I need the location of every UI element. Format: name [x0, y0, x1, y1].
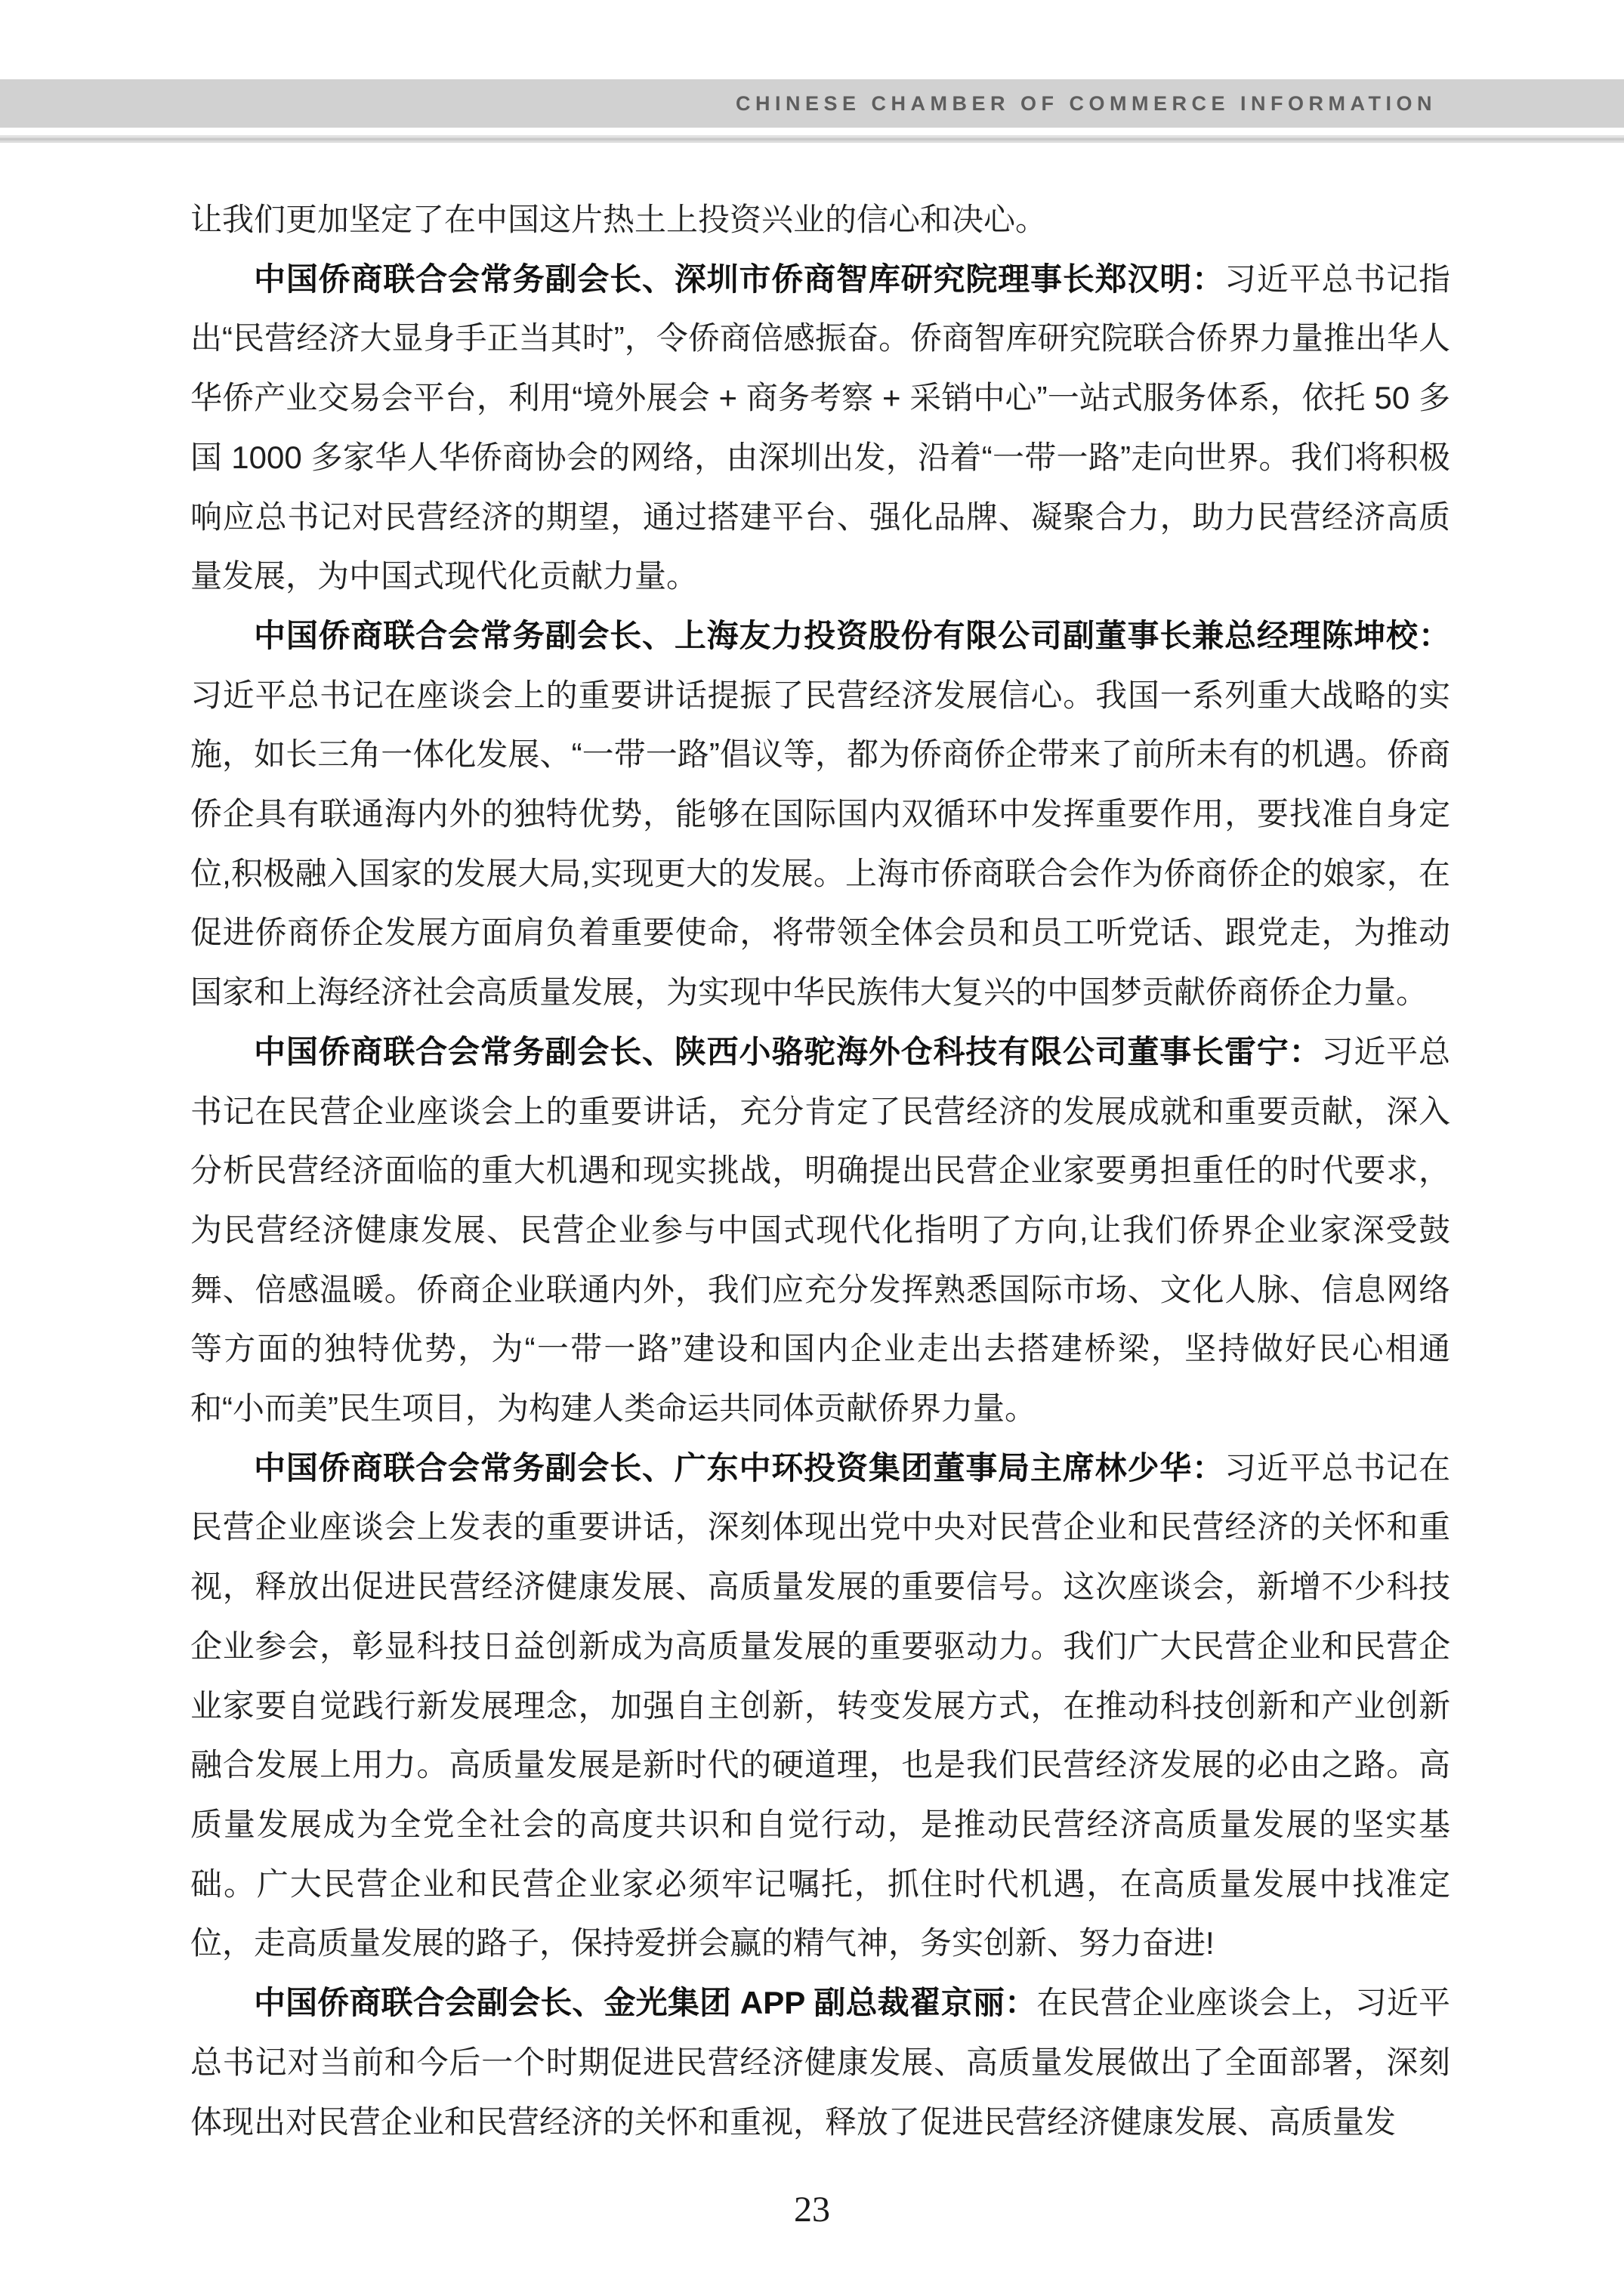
- paragraph-text: 习近平总书记指出“民营经济大显身手正当其时”，令侨商倍感振奋。侨商智库研究院联合…: [190, 261, 1450, 594]
- speaker-name: 中国侨商联合会常务副会长、广东中环投资集团董事局主席林少华：: [254, 1450, 1224, 1486]
- paragraph: 中国侨商联合会常务副会长、广东中环投资集团董事局主席林少华：习近平总书记在民营企…: [190, 1439, 1450, 1974]
- speaker-name: 中国侨商联合会副会长、金光集团 APP 副总裁翟京丽：: [254, 1985, 1036, 2020]
- paragraph-text: 习近平总书记在座谈会上的重要讲话提振了民营经济发展信心。我国一系列重大战略的实施…: [190, 677, 1450, 1011]
- header-band: CHINESE CHAMBER OF COMMERCE INFORMATION: [0, 79, 1624, 128]
- article-body: 让我们更加坚定了在中国这片热土上投资兴业的信心和决心。中国侨商联合会常务副会长、…: [190, 190, 1450, 2152]
- speaker-name: 中国侨商联合会常务副会长、陕西小骆驼海外仓科技有限公司董事长雷宁：: [254, 1034, 1321, 1069]
- document-page: CHINESE CHAMBER OF COMMERCE INFORMATION …: [0, 0, 1624, 2293]
- speaker-name: 中国侨商联合会常务副会长、深圳市侨商智库研究院理事长郑汉明：: [254, 261, 1224, 297]
- paragraph: 中国侨商联合会常务副会长、上海友力投资股份有限公司副董事长兼总经理陈坤校：习近平…: [190, 606, 1450, 1023]
- speaker-name: 中国侨商联合会常务副会长、上海友力投资股份有限公司副董事长兼总经理陈坤校：: [254, 618, 1450, 653]
- paragraph-text: 习近平总书记在民营企业座谈会上发表的重要讲话，深刻体现出党中央对民营企业和民营经…: [190, 1450, 1450, 1961]
- header-title: CHINESE CHAMBER OF COMMERCE INFORMATION: [736, 79, 1437, 128]
- paragraph: 中国侨商联合会常务副会长、陕西小骆驼海外仓科技有限公司董事长雷宁：习近平总书记在…: [190, 1023, 1450, 1439]
- paragraph: 中国侨商联合会副会长、金光集团 APP 副总裁翟京丽：在民营企业座谈会上，习近平…: [190, 1974, 1450, 2152]
- page-number: 23: [0, 2189, 1624, 2230]
- header-divider: [0, 135, 1624, 143]
- paragraph: 中国侨商联合会常务副会长、深圳市侨商智库研究院理事长郑汉明：习近平总书记指出“民…: [190, 250, 1450, 606]
- paragraph: 让我们更加坚定了在中国这片热土上投资兴业的信心和决心。: [190, 190, 1450, 250]
- paragraph-text: 让我们更加坚定了在中国这片热土上投资兴业的信心和决心。: [190, 202, 1047, 237]
- paragraph-text: 习近平总书记在民营企业座谈会上的重要讲话，充分肯定了民营经济的发展成就和重要贡献…: [190, 1034, 1450, 1426]
